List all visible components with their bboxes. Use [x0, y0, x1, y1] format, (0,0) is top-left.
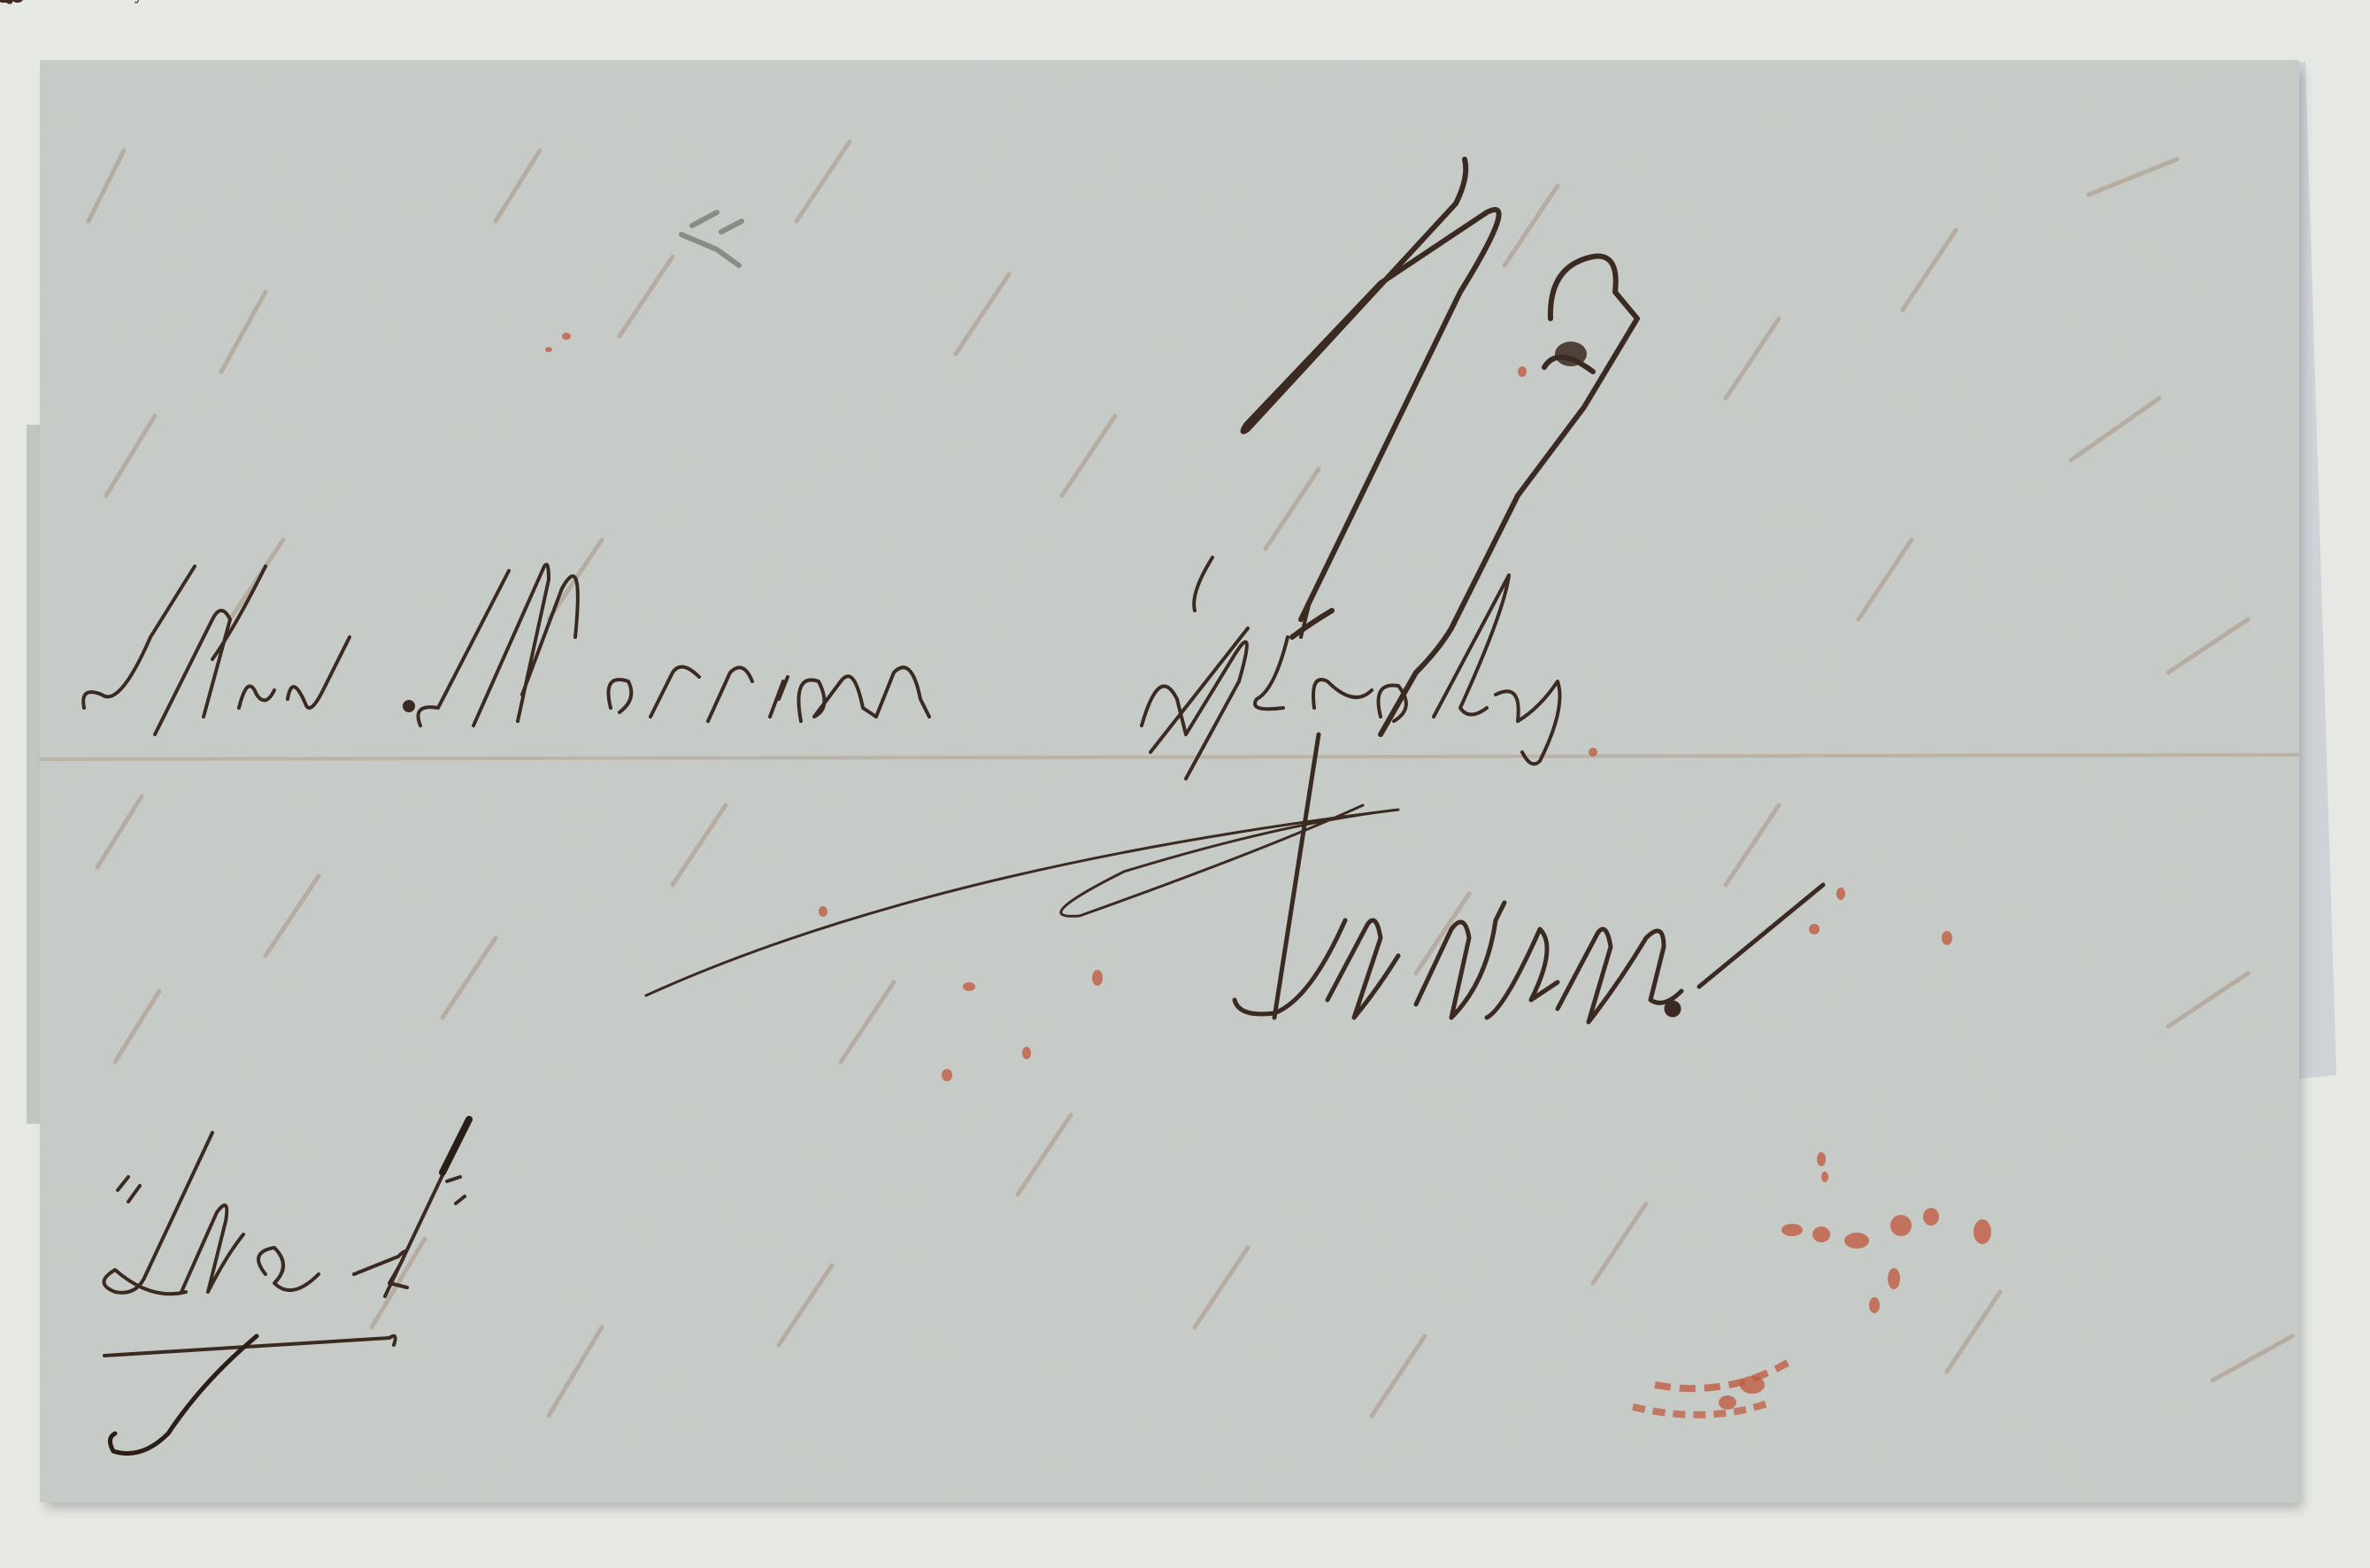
- letter-photo-scene: 12 1/9: [0, 0, 2370, 1568]
- svg-text:"Larch": "Larch": [0, 0, 55, 4]
- letter-sheet: [40, 60, 2299, 1503]
